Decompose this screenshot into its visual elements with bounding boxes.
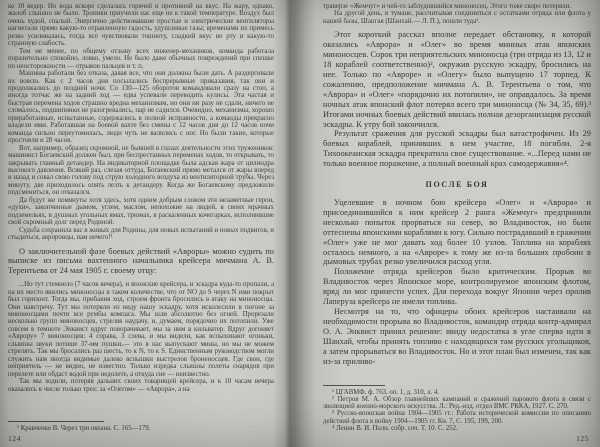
left-page: ко 10 ведер. Но вода вскоре сделалась го… (8, 3, 274, 444)
right-page-footnotes: ¹ ЦГАВМФ, ф. 763, оп. 1, д. 310, л. 4. ²… (323, 385, 591, 432)
right-page-text-column: траверзе «Жемчуг» и чей-то заблудившийся… (323, 3, 591, 374)
letter-quote-paragraph: Так мы ходили, потеряв дальних своих тов… (8, 378, 274, 393)
body-paragraph: Результат сражения для русской эскадры б… (323, 129, 591, 169)
memoir-quote-paragraph: Машины работали без отказа, давая все, ч… (8, 70, 274, 145)
body-paragraph: О заключительной фазе боевых действий «А… (8, 247, 274, 277)
right-page: траверзе «Жемчуг» и чей-то заблудившийся… (323, 3, 591, 444)
left-page-text-column: ко 10 ведер. Но вода вскоре сделалась го… (8, 3, 274, 409)
memoir-quote-paragraph: Судьба сохранила вас в живых для Родины,… (8, 227, 274, 242)
letter-quote-paragraph: ...Но тут стемнело (7 часов вечера), и я… (8, 281, 274, 378)
body-paragraph: Этот короткий рассказ вполне передает об… (323, 30, 591, 129)
section-paragraph: Положение отряда крейсеров было критичес… (323, 267, 591, 307)
footnote: ¹ Кравченко В. Через три океана. С. 165—… (8, 425, 274, 432)
page-number-right: 125 (576, 434, 589, 443)
book-spread-scan: ко 10 ведер. Но вода вскоре сделалась го… (0, 0, 600, 447)
section-heading: ПОСЛЕ БОЯ (323, 180, 591, 189)
section-paragraph: Уцелевшие в ночном бою крейсера «Олег» и… (323, 198, 591, 267)
memoir-quote-paragraph: Тем не менее, по общему отзыву всех инже… (8, 48, 274, 70)
page-number-left: 124 (8, 434, 21, 443)
memoir-quote-paragraph: Вот, например, образец скромной, не бывш… (8, 145, 274, 197)
footnote: ² Петров М. А. Обзор главнейших кампаний… (323, 396, 591, 410)
footnote: ³ Русско-японская война 1904—1905 гг.: Р… (323, 410, 591, 424)
footnote-divider (8, 421, 104, 422)
footnote: ¹ ЦГАВМФ, ф. 763, оп. 1, д. 310, л. 4. (323, 389, 591, 396)
left-page-footnotes: ¹ Кравченко В. Через три океана. С. 165—… (8, 421, 274, 432)
letter-quote-paragraph: На другой день, в тумане, рассчитывая со… (323, 10, 591, 25)
letter-quote-paragraph: траверзе «Жемчуг» и чей-то заблудившийся… (323, 3, 591, 10)
memoir-quote-paragraph: ко 10 ведер. Но вода вскоре сделалась го… (8, 3, 274, 48)
memoir-quote-paragraph: Да будут же помянуты хотя здесь, хотя од… (8, 197, 274, 227)
footnote: ⁴ Ленин В. И. Полн. собр. соч. Т. 10. С.… (323, 425, 591, 432)
footnote-divider (323, 385, 385, 386)
section-paragraph: Несмотря на то, что офицеры обоих крейсе… (323, 307, 591, 366)
